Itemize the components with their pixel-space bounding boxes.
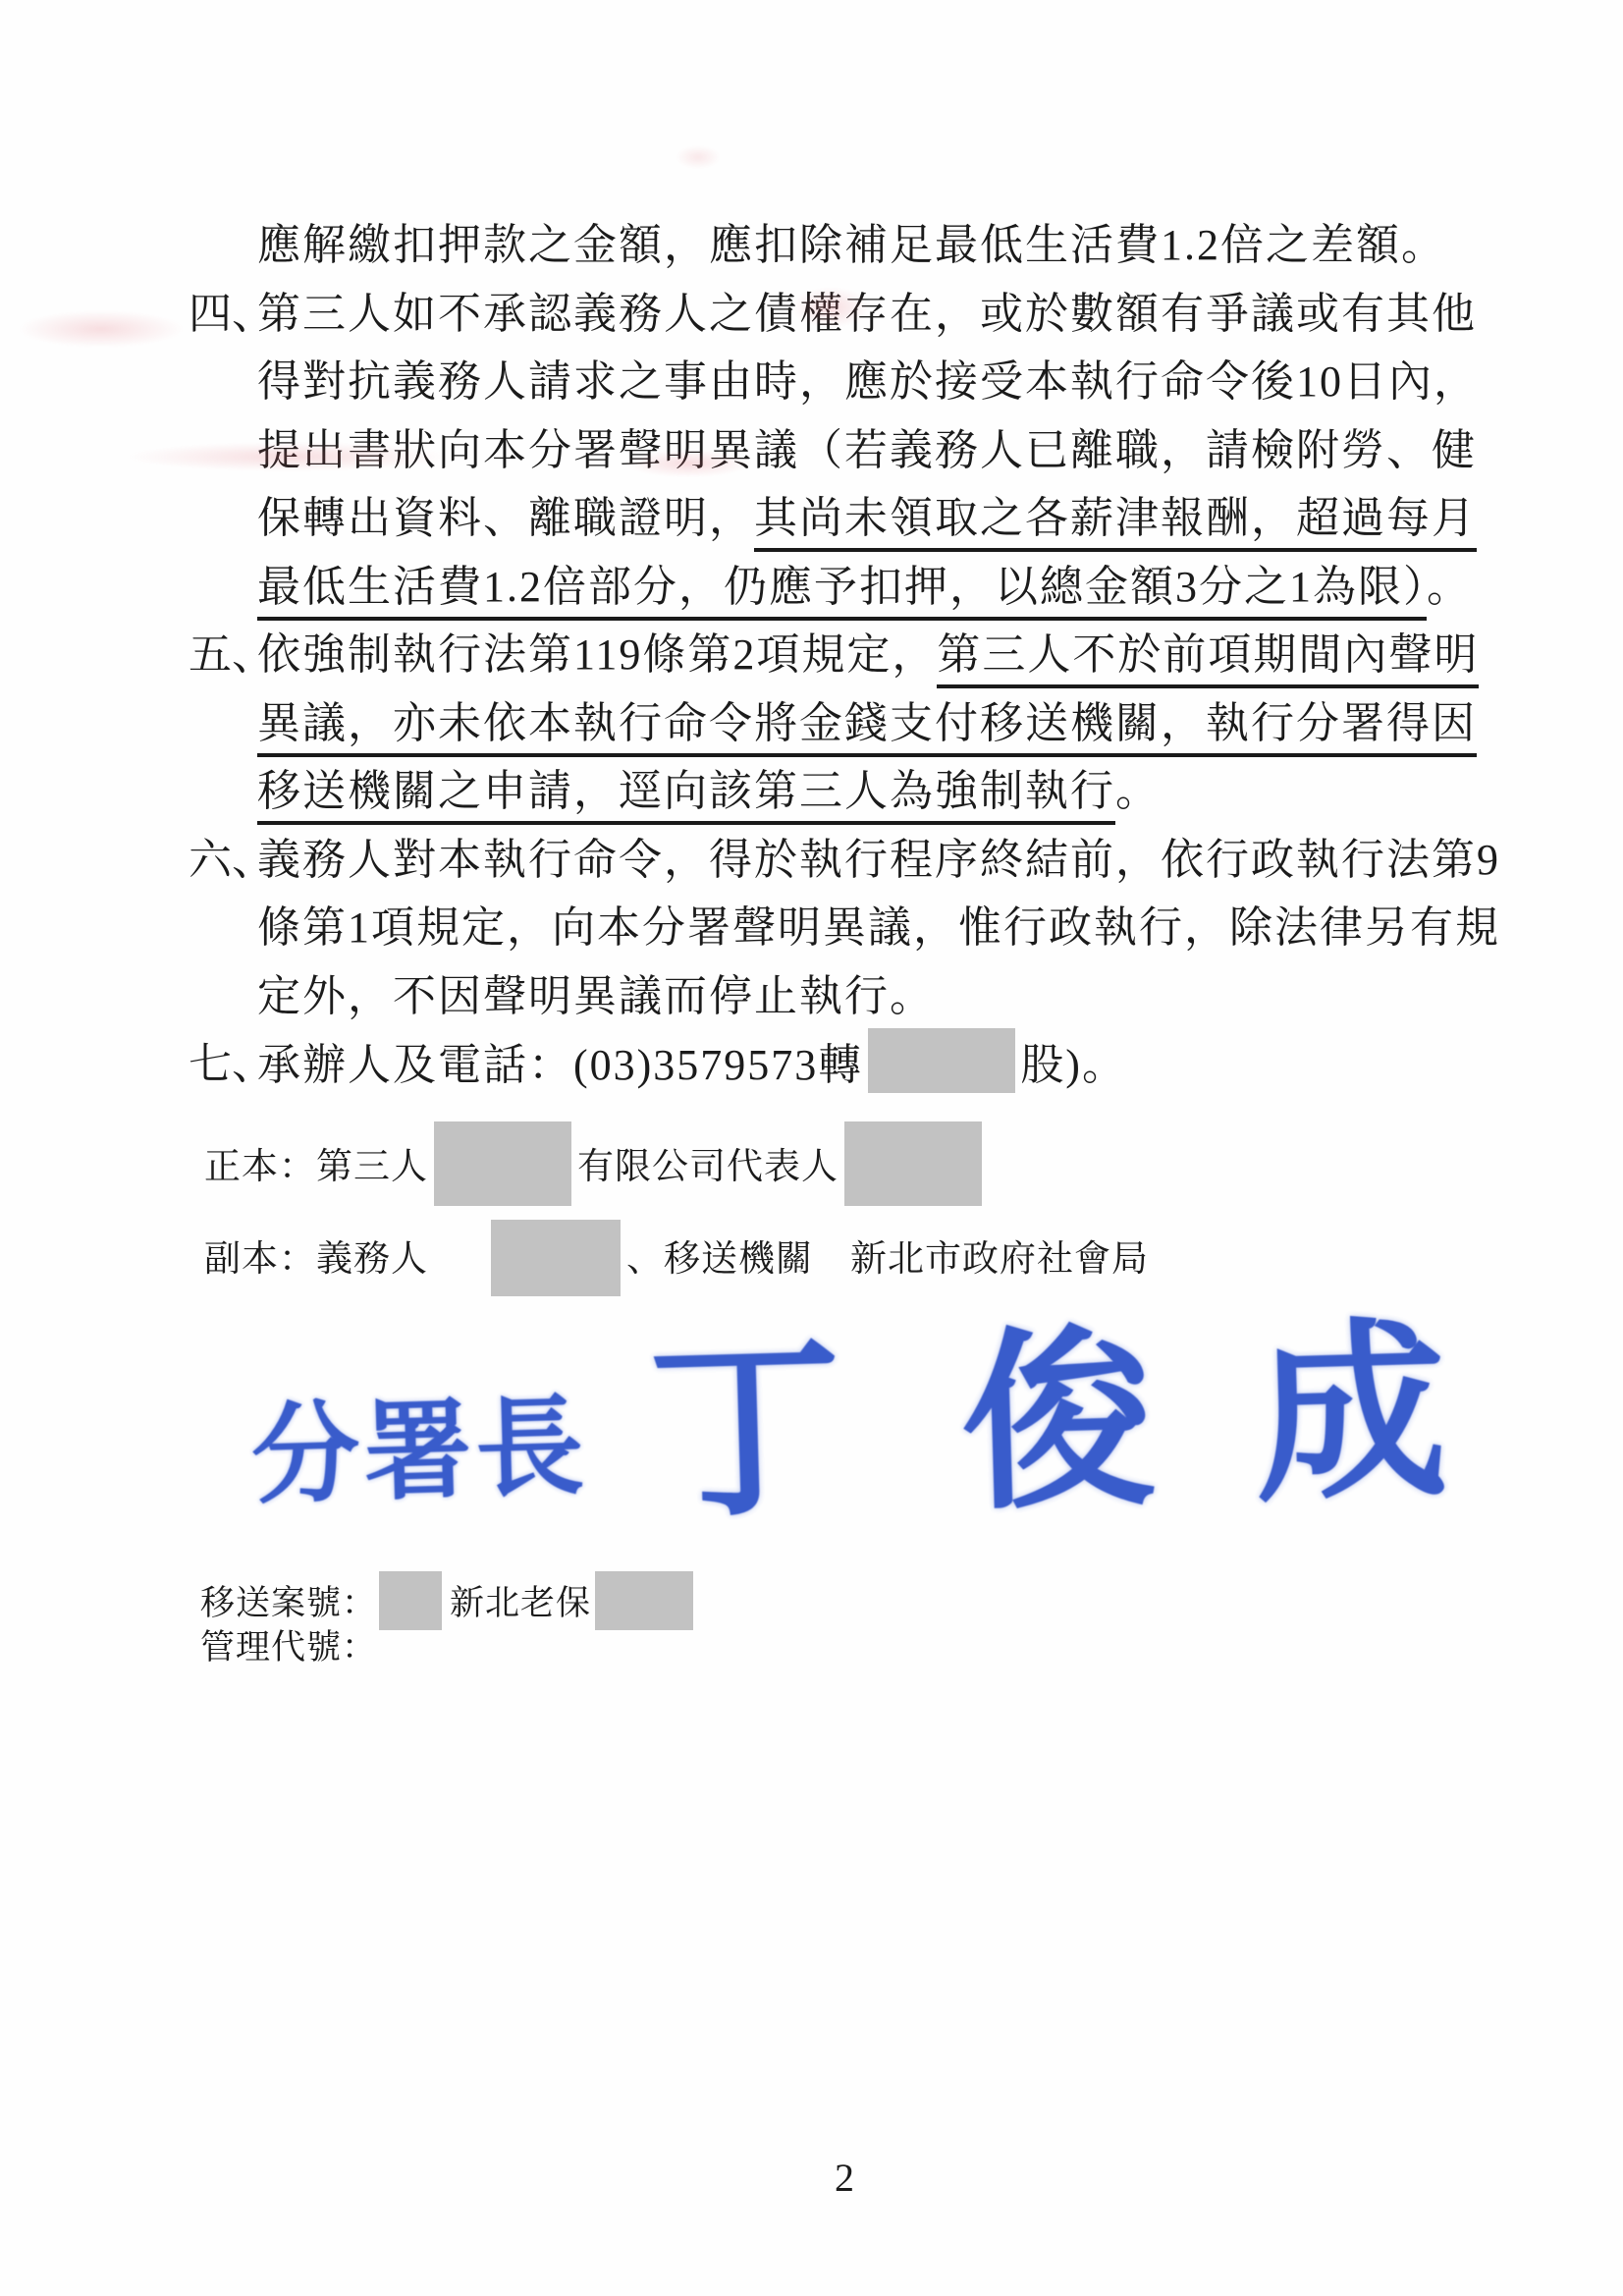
scan-artifact [676,145,721,169]
stamp-title: 分署長 [249,1360,589,1524]
body-text-segment-underlined: 移送機關之申請，逕向該第三人為強制執行 [257,767,1115,825]
body-text-segment: 。 [1115,767,1161,815]
management-code-label: 管理代號： [200,1628,377,1667]
body-line: 四、 第三人如不承認義務人之債權存在，或於數額有爭議或有其他 [257,278,1477,339]
body-line: 最低生活費1.2倍部分，仍應予扣押，以總金額3分之1為限）。 [257,551,1472,612]
body-text-segment-underlined: 最低生活費1.2倍部分，仍應予扣押，以總金額3分之1為限） [257,563,1427,621]
list-marker: 七、 [189,1028,275,1091]
body-text-segment: 提出書狀向本分署聲明異議（若義務人已離職，請檢附勞、健 [257,426,1477,474]
body-text-segment: 第三人如不承認義務人之債權存在，或於數額有爭議或有其他 [257,290,1477,338]
director-stamp: 分署長 丁 俊 成 [247,1283,1413,1580]
body-line: 條第1項規定，向本分署聲明異議，惟行政執行，除法律另有規 [257,892,1500,953]
body-line: 異議，亦未依本執行命令將金錢支付移送機關，執行分署得因 [257,687,1477,748]
scan-artifact [18,310,185,348]
redaction-box [868,1028,1015,1093]
body-text-segment: 保轉出資料、離職證明， [257,494,754,542]
original-copy-suffix: 有限公司代表人 [577,1147,839,1187]
redaction-box [595,1571,693,1630]
body-text-segment: 應解繳扣押款之金額，應扣除補足最低生活費1.2倍之差額。 [257,221,1446,269]
stamp-character: 丁 [647,1335,844,1532]
stamp-character: 成 [1252,1318,1449,1515]
body-text-segment: 定外，不因聲明異議而停止執行。 [257,972,935,1020]
body-line: 應解繳扣押款之金額，應扣除補足最低生活費1.2倍之差額。 [257,209,1446,270]
list-marker: 四、 [189,278,275,341]
body-text-segment: 承辦人及電話：(03)3579573轉 [257,1041,863,1089]
body-text-segment-underlined: 異議，亦未依本執行命令將金錢支付移送機關，執行分署得因 [257,699,1477,757]
body-line: 六、 義務人對本執行命令，得於執行程序終結前，依行政執行法第9 [257,824,1500,885]
stamp-character: 俊 [959,1326,1157,1523]
body-text-segment-underlined: 第三人不於前項期間內聲明 [937,630,1479,688]
body-line: 得對抗義務人請求之事由時，應於接受本執行命令後10日內， [257,346,1479,407]
redaction-box [844,1121,982,1206]
redaction-box [379,1571,442,1630]
body-line: 五、 依強制執行法第119條第2項規定，第三人不於前項期間內聲明 [257,619,1479,680]
body-line: 移送機關之申請，逕向該第三人為強制執行。 [257,755,1161,816]
body-line: 保轉出資料、離職證明，其尚未領取之各薪津報酬，超過每月 [257,482,1477,543]
body-line: 提出書狀向本分署聲明異議（若義務人已離職，請檢附勞、健 [257,414,1477,475]
redaction-box [491,1220,621,1296]
document-page: 應解繳扣押款之金額，應扣除補足最低生活費1.2倍之差額。 四、 第三人如不承認義… [0,0,1623,2296]
body-text-segment: 。 [1427,563,1472,611]
body-text-segment: 條第1項規定，向本分署聲明異議，惟行政執行，除法律另有規 [257,903,1500,952]
redaction-box [434,1121,571,1206]
duplicate-copy-suffix: 、移送機關 新北市政府社會局 [626,1239,1149,1280]
transfer-case-value: 新北老保 [450,1584,591,1622]
body-line: 七、 承辦人及電話：(03)3579573轉股)。 [257,1028,1127,1089]
duplicate-copy-label: 副本：義務人 [204,1239,428,1280]
body-text-segment: 股)。 [1020,1041,1127,1089]
body-text-segment: 依強制執行法第119條第2項規定， [257,630,937,679]
transfer-case-label: 移送案號： [200,1584,377,1622]
duplicate-copy-line: 副本：義務人、移送機關 新北市政府社會局 [204,1220,1149,1296]
list-marker: 六、 [189,824,275,887]
body-line: 定外，不因聲明異議而停止執行。 [257,960,935,1021]
page-number: 2 [835,2155,854,2201]
body-text-segment-underlined: 其尚未領取之各薪津報酬，超過每月 [754,494,1477,552]
management-code-line: 管理代號： [200,1620,377,1669]
original-copy-label: 正本：第三人 [204,1147,428,1187]
list-marker: 五、 [189,619,275,682]
body-text-segment: 得對抗義務人請求之事由時，應於接受本執行命令後10日內， [257,357,1479,406]
body-text-segment: 義務人對本執行命令，得於執行程序終結前，依行政執行法第9 [257,836,1500,884]
original-copy-line: 正本：第三人有限公司代表人 [204,1121,988,1206]
